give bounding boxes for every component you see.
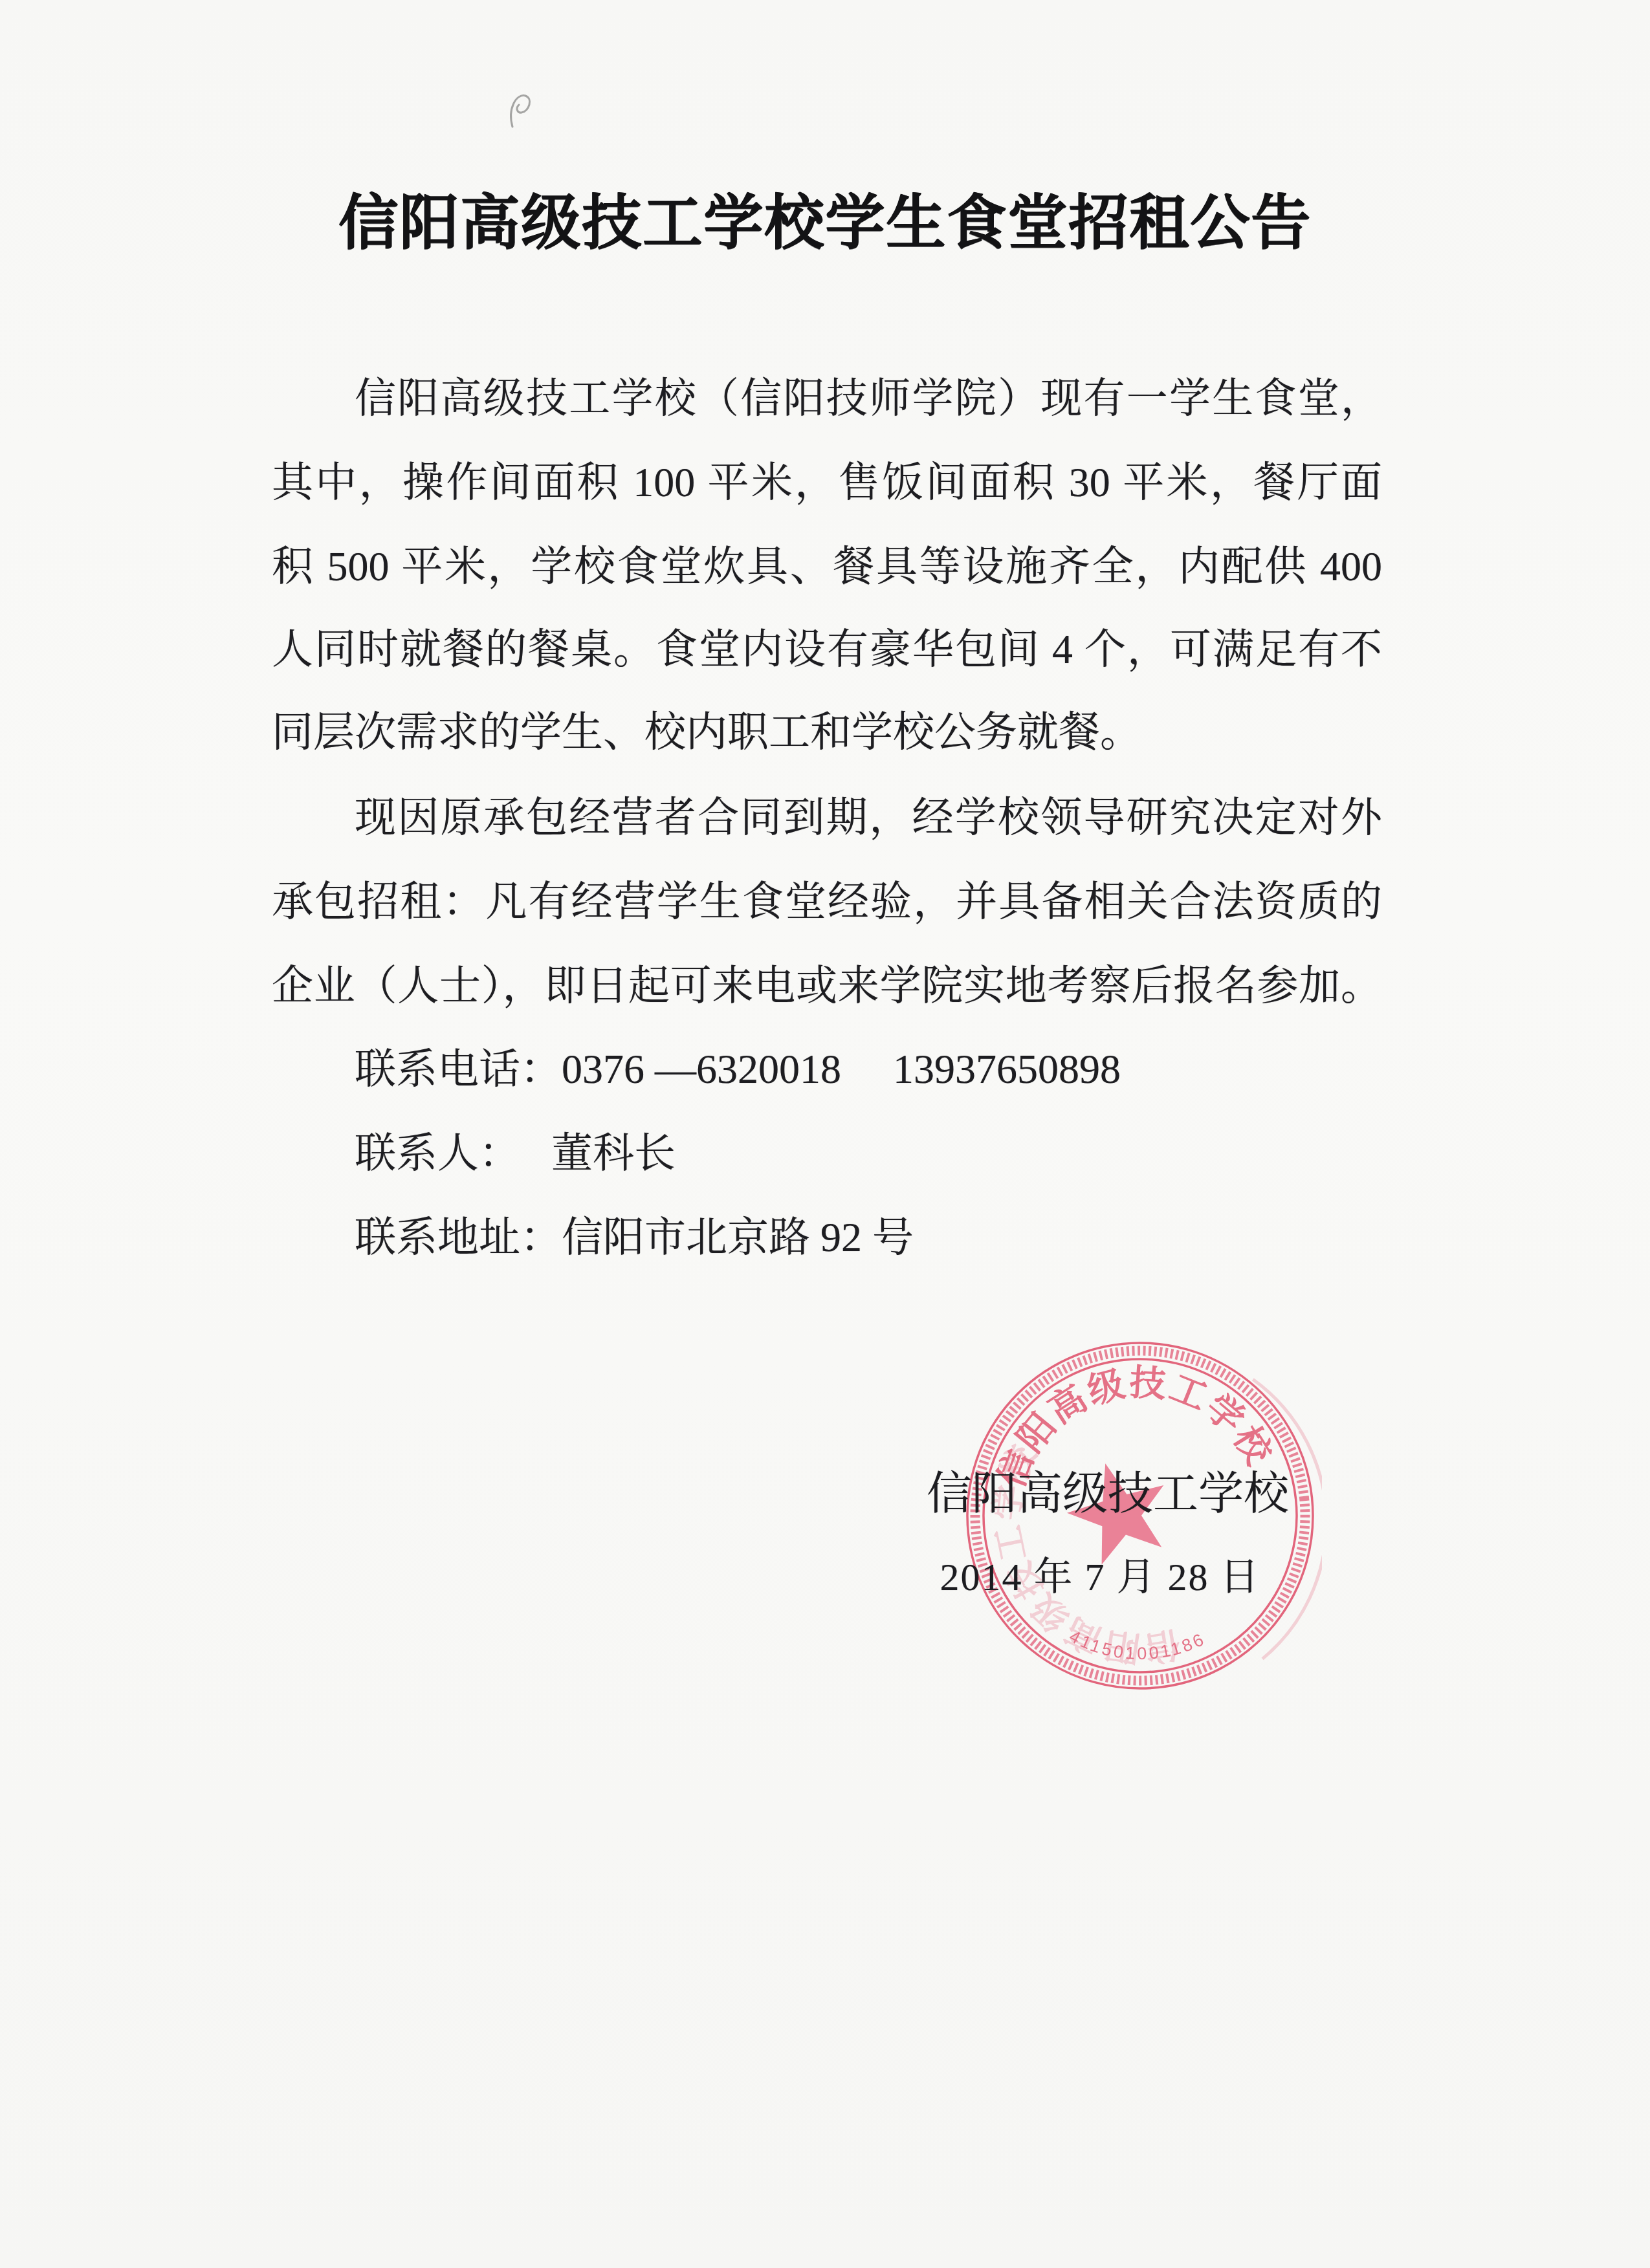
scanned-announcement-page: 信阳高级技工学校学生食堂招租公告 信阳高级技工学校（信阳技师学院）现有一学生食堂… [0,0,1650,2268]
document-title: 信阳高级技工学校学生食堂招租公告 [0,193,1650,253]
body-line: 其中，操作间面积 100 平米，售饭间面积 30 平米，餐厅面 [272,462,1382,503]
body-line: 同层次需求的学生、校内职工和学校公务就餐。 [272,712,1382,753]
body-line: 企业（人士），即日起可来电或来学院实地考察后报名参加。 [272,965,1382,1007]
body-line: 承包招租：凡有经营学生食堂经验，并具备相关合法资质的 [272,881,1382,922]
body-line: 现因原承包经营者合同到期，经学校领导研究决定对外 [272,797,1382,838]
contact-person-line: 联系人： 董科长 [272,1133,1382,1174]
signature-organization: 信阳高级技工学校 [907,1472,1308,1518]
body-line: 积 500 平米，学校食堂炊具、餐具等设施齐全，内配供 400 [272,546,1382,587]
body-line: 人同时就餐的餐桌。食堂内设有豪华包间 4 个，可满足有不 [272,629,1382,670]
body-line: 信阳高级技工学校（信阳技师学院）现有一学生食堂， [272,378,1382,419]
signature-date: 2014 年 7 月 28 日 [906,1558,1294,1597]
pen-mark-artifact [503,89,542,135]
contact-address-line: 联系地址：信阳市北京路 92 号 [272,1217,1382,1258]
contact-phone-line: 联系电话：0376 —6320018 13937650898 [272,1049,1382,1090]
